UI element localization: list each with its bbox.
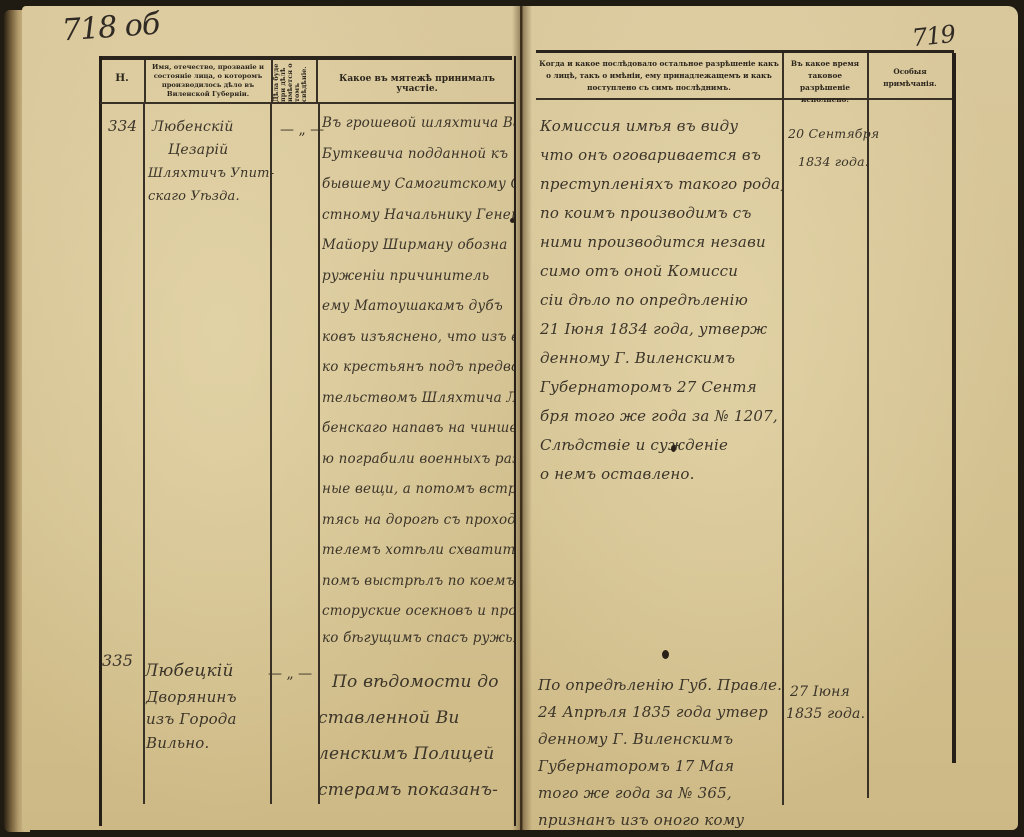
- folio-number-right: 719: [911, 20, 957, 52]
- header-bottom-rule-left: [100, 102, 514, 104]
- header-property: Дѣла буде при дѣлѣ имѣется о томъ свѣдѣн…: [273, 62, 315, 102]
- header-name: Имя, отечество, прозваніе и состояніе ли…: [146, 63, 270, 99]
- column-divider: [143, 104, 145, 804]
- folio-number-left: 718 об: [61, 7, 160, 49]
- table-border-right: [952, 53, 956, 763]
- header-bottom-rule-right: [536, 98, 952, 100]
- entry-property-dash: — „ —: [280, 122, 324, 138]
- entry-resolution-text: По опредѣленію Губ. Правле. 24 Апрѣля 18…: [538, 672, 784, 834]
- table-border-left: [99, 56, 102, 826]
- binding-hole: [662, 650, 669, 659]
- entry-number: 335: [102, 650, 133, 672]
- header-participation: Какое въ мятежѣ принималъ участіе.: [320, 74, 514, 94]
- entry-resolution-text: Комиссия имѣя въ виду что онъ оговаривае…: [540, 112, 782, 489]
- entry-participation-text: Въ грошевой шляхтича Ва Буткевича поддан…: [322, 108, 514, 648]
- header-resolution: Когда и какое послѣдовало остальное разр…: [536, 58, 782, 94]
- header-executed: Въ какое время таковое разрѣшеніе исполн…: [784, 58, 866, 106]
- table-border-right-left-page: [514, 56, 516, 826]
- column-divider: [316, 60, 318, 104]
- header-notes: Особыя примѣчанія.: [869, 66, 951, 90]
- entry-number: 334: [108, 116, 137, 136]
- entry-participation-text: По вѣдомости до ставленной Ви ленскимъ П…: [318, 664, 514, 808]
- open-ledger-book: 718 об 719 Н. Имя, отечество, прозваніе …: [0, 0, 1024, 837]
- header-number: Н.: [100, 73, 144, 83]
- header-top-rule-left: [100, 56, 512, 60]
- binding-hole: [671, 445, 676, 452]
- entry-property-dash: — „ —: [268, 666, 312, 682]
- header-top-rule-right: [536, 50, 954, 53]
- column-divider: [270, 104, 272, 804]
- ink-spot: [510, 218, 515, 223]
